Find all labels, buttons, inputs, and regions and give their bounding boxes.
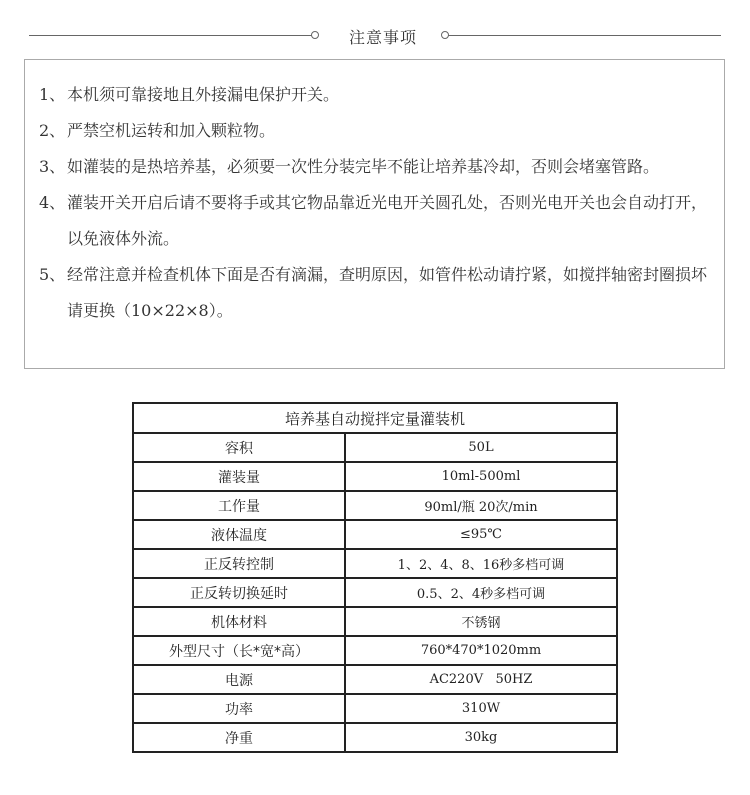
spec-value: 10ml-500ml: [345, 462, 617, 491]
note-number: 2、: [39, 113, 67, 149]
spec-value: 90ml/瓶 20次/min: [345, 491, 617, 520]
spec-value: 1、2、4、8、16秒多档可调: [345, 549, 617, 578]
section-title: 注意事项: [340, 25, 426, 48]
table-row: 机体材料不锈钢: [133, 607, 617, 636]
spec-key: 电源: [133, 665, 345, 694]
table-title: 培养基自动搅拌定量灌装机: [133, 403, 617, 433]
notes-list: 1、本机须可靠接地且外接漏电保护开关。 2、严禁空机运转和加入颗粒物。 3、如灌…: [39, 77, 709, 329]
note-text: 严禁空机运转和加入颗粒物。: [67, 113, 709, 149]
table-row: 正反转切换延时0.5、2、4秒多档可调: [133, 578, 617, 607]
circle-ornament-icon: [311, 31, 319, 39]
spec-value: 0.5、2、4秒多档可调: [345, 578, 617, 607]
spec-key: 功率: [133, 694, 345, 723]
table-row: 外型尺寸（长*宽*高）760*470*1020mm: [133, 636, 617, 665]
note-text: 本机须可靠接地且外接漏电保护开关。: [67, 77, 709, 113]
spec-key: 正反转切换延时: [133, 578, 345, 607]
spec-key: 机体材料: [133, 607, 345, 636]
table-row: 容积50L: [133, 433, 617, 462]
table-row: 灌装量10ml-500ml: [133, 462, 617, 491]
note-item: 1、本机须可靠接地且外接漏电保护开关。: [39, 77, 709, 113]
table-row: 工作量90ml/瓶 20次/min: [133, 491, 617, 520]
spec-key: 容积: [133, 433, 345, 462]
note-item: 3、如灌装的是热培养基，必须要一次性分装完毕不能让培养基冷却，否则会堵塞管路。: [39, 149, 709, 185]
spec-value: ≤95℃: [345, 520, 617, 549]
spec-key: 正反转控制: [133, 549, 345, 578]
table-row: 功率310W: [133, 694, 617, 723]
note-text: 如灌装的是热培养基，必须要一次性分装完毕不能让培养基冷却，否则会堵塞管路。: [67, 149, 709, 185]
spec-value: 50L: [345, 433, 617, 462]
spec-value: 30kg: [345, 723, 617, 752]
table-row: 液体温度≤95℃: [133, 520, 617, 549]
table-row: 电源AC220V 50HZ: [133, 665, 617, 694]
note-text: 灌装开关开启后请不要将手或其它物品靠近光电开关圆孔处，否则光电开关也会自动打开，…: [67, 185, 709, 257]
spec-table: 培养基自动搅拌定量灌装机 容积50L 灌装量10ml-500ml 工作量90ml…: [132, 402, 618, 753]
spec-value: 不锈钢: [345, 607, 617, 636]
spec-key: 净重: [133, 723, 345, 752]
spec-key: 外型尺寸（长*宽*高）: [133, 636, 345, 665]
note-item: 5、经常注意并检查机体下面是否有滴漏，查明原因，如管件松动请拧紧，如搅拌轴密封圈…: [39, 257, 709, 329]
table-row: 正反转控制1、2、4、8、16秒多档可调: [133, 549, 617, 578]
header-divider-left: [29, 35, 312, 36]
spec-value: 310W: [345, 694, 617, 723]
table-title-row: 培养基自动搅拌定量灌装机: [133, 403, 617, 433]
spec-key: 灌装量: [133, 462, 345, 491]
spec-key: 液体温度: [133, 520, 345, 549]
note-number: 4、: [39, 185, 67, 257]
notes-box: 1、本机须可靠接地且外接漏电保护开关。 2、严禁空机运转和加入颗粒物。 3、如灌…: [24, 59, 725, 369]
spec-value: 760*470*1020mm: [345, 636, 617, 665]
note-number: 3、: [39, 149, 67, 185]
note-text: 经常注意并检查机体下面是否有滴漏，查明原因，如管件松动请拧紧，如搅拌轴密封圈损坏…: [67, 257, 709, 329]
header-divider-right: [448, 35, 721, 36]
section-header: 注意事项: [0, 22, 750, 50]
spec-key: 工作量: [133, 491, 345, 520]
spec-value: AC220V 50HZ: [345, 665, 617, 694]
note-item: 4、灌装开关开启后请不要将手或其它物品靠近光电开关圆孔处，否则光电开关也会自动打…: [39, 185, 709, 257]
note-number: 5、: [39, 257, 67, 329]
note-number: 1、: [39, 77, 67, 113]
note-item: 2、严禁空机运转和加入颗粒物。: [39, 113, 709, 149]
table-row: 净重30kg: [133, 723, 617, 752]
